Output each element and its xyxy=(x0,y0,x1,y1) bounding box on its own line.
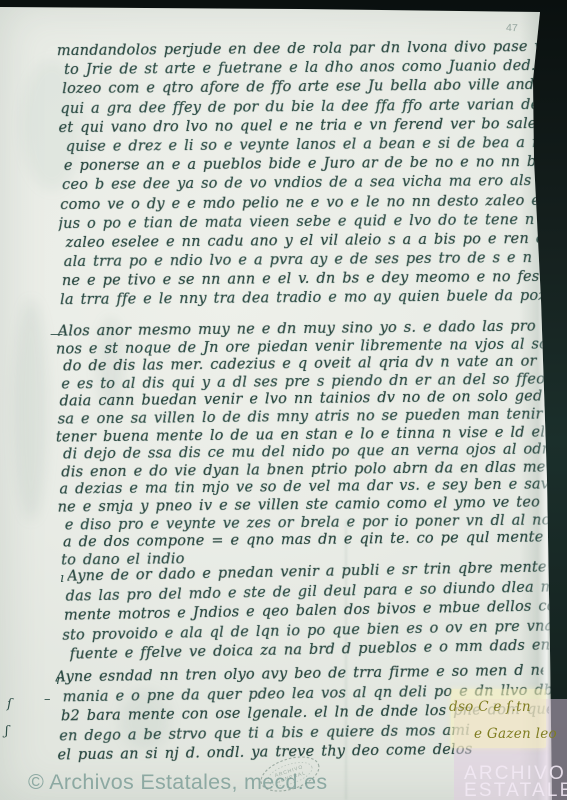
margin-ink-mark: — xyxy=(50,327,63,342)
paragraph-2: Alos anor mesmo muy ne e dn muy sino yo … xyxy=(59,318,554,569)
paper-page: 47 mandandolos perjude en dee de rola pa… xyxy=(0,0,567,800)
paragraph-1: mandandolos perjude en dee de rola par d… xyxy=(61,39,555,312)
paragraph-3: Ayne de or dado e pnedan venir a publi e… xyxy=(65,559,559,666)
paper-edge-shadow xyxy=(519,0,553,800)
manuscript-line: la trra ffe e le nny tra dea tradio e mo… xyxy=(60,288,548,311)
margin-ink-mark: ʃ xyxy=(5,724,9,739)
olive-ink-annotation: e Gazen leo xyxy=(474,726,557,742)
manuscript-photo: 47 mandandolos perjude en dee de rola pa… xyxy=(0,0,567,800)
copyright-watermark: © Archivos Estatales, mecd.es xyxy=(28,770,327,795)
margin-ink-mark: ſ xyxy=(7,697,12,712)
margin-ink-mark: ı xyxy=(60,571,64,586)
margin-ink-mark: – xyxy=(44,692,51,707)
manuscript-text: mandandolos perjude en dee de rola par d… xyxy=(0,0,567,800)
margin-ink-mark: r xyxy=(56,673,62,688)
olive-ink-annotation: dso C e ſ.tn xyxy=(449,699,531,715)
archive-watermark-text: ESTATALES xyxy=(464,782,567,799)
